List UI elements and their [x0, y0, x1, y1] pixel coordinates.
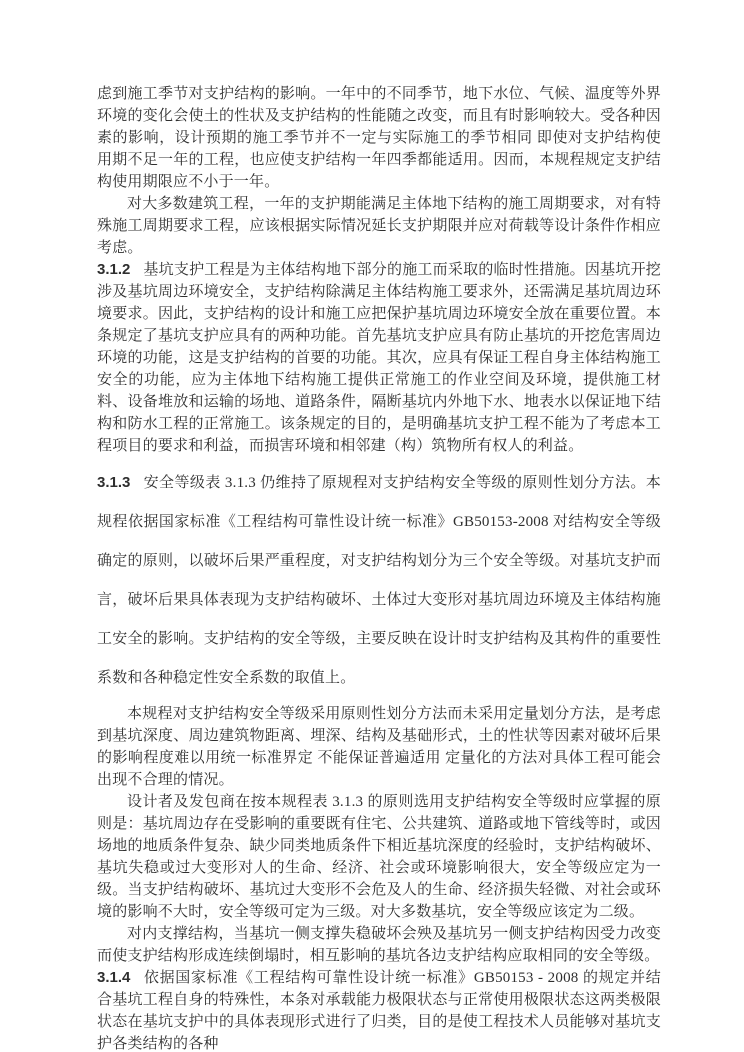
paragraph-text: 设计者及发包商在按本规程表 3.1.3 的原则选用支护结构安全等级时应掌握的原则… [97, 794, 661, 920]
clause-3-1-4: 3.1.4依据国家标准《工程结构可靠性设计统一标准》GB50153 - 2008… [97, 967, 661, 1052]
clause-number: 3.1.3 [97, 474, 130, 491]
paragraph-text: 虑到施工季节对支护结构的影响。一年中的不同季节，地下水位、气候、温度等外界环境的… [97, 86, 661, 190]
paragraph: 对内支撑结构，当基坑一侧支撑失稳破坏会殃及基坑另一侧支护结构因受力改变而使支护结… [97, 923, 661, 967]
paragraph: 本规程对支护结构安全等级采用原则性划分方法而未采用定量划分方法，是考虑到基坑深度… [97, 703, 661, 791]
paragraph-text: 安全等级表 3.1.3 仍维持了原规程对支护结构安全等级的原则性划分方法。本规程… [97, 475, 661, 686]
paragraph: 对大多数建筑工程，一年的支护期能满足主体地下结构的施工周期要求，对有特殊施工周期… [97, 193, 661, 259]
clause-number: 3.1.4 [97, 969, 130, 986]
clause-3-1-2: 3.1.2基坑支护工程是为主体结构地下部分的施工而采取的临时性措施。因基坑开挖涉… [97, 259, 661, 457]
paragraph-text: 对内支撑结构，当基坑一侧支撑失稳破坏会殃及基坑另一侧支护结构因受力改变而使支护结… [97, 926, 661, 964]
text-block: 虑到施工季节对支护结构的影响。一年中的不同季节，地下水位、气候、温度等外界环境的… [97, 83, 661, 1052]
paragraph-text: 基坑支护工程是为主体结构地下部分的施工而采取的临时性措施。因基坑开挖涉及基坑周边… [97, 262, 661, 454]
paragraph-continuation: 虑到施工季节对支护结构的影响。一年中的不同季节，地下水位、气候、温度等外界环境的… [97, 83, 661, 193]
paragraph-text: 对大多数建筑工程，一年的支护期能满足主体地下结构的施工周期要求，对有特殊施工周期… [97, 196, 661, 256]
paragraph-text: 依据国家标准《工程结构可靠性设计统一标准》GB50153 - 2008 的规定并… [97, 970, 661, 1052]
clause-number: 3.1.2 [97, 261, 130, 278]
clause-3-1-3: 3.1.3安全等级表 3.1.3 仍维持了原规程对支护结构安全等级的原则性划分方… [97, 463, 661, 698]
paragraph-text: 本规程对支护结构安全等级采用原则性划分方法而未采用定量划分方法，是考虑到基坑深度… [97, 706, 661, 788]
document-page: 虑到施工季节对支护结构的影响。一年中的不同季节，地下水位、气候、温度等外界环境的… [0, 0, 744, 1052]
paragraph: 设计者及发包商在按本规程表 3.1.3 的原则选用支护结构安全等级时应掌握的原则… [97, 791, 661, 923]
